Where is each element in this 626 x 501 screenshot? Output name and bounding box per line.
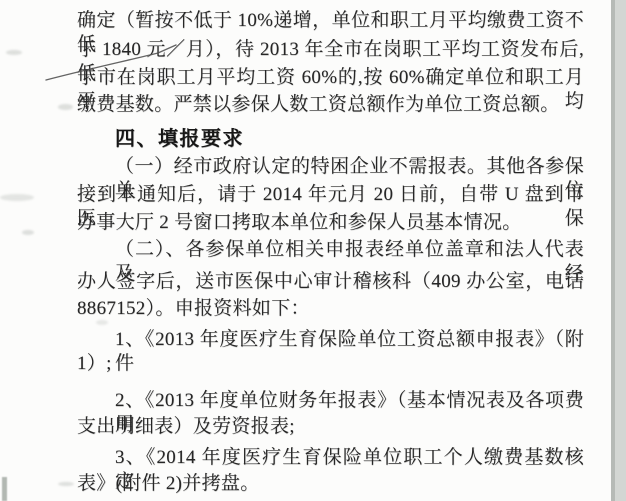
list-item-line: 1、《2013 年度医疗生育保险单位工资总额申报表》（附件	[77, 328, 584, 352]
paragraph-line: 于市在岗职工月平均工资 60%的,按 60%确定单位和职工月平均	[77, 66, 584, 90]
list-item-line: 3、《2014 年度医疗生育保险单位职工个人缴费基数核定	[77, 446, 584, 470]
scanned-document-page: 确定（暂按不低于 10%递增，单位和职工月平均缴费工资不低 于 1840 元／月…	[0, 0, 626, 501]
paragraph-line: 确定（暂按不低于 10%递增，单位和职工月平均缴费工资不低	[77, 9, 584, 33]
scan-smudge	[0, 194, 34, 201]
document-text-block: 确定（暂按不低于 10%递增，单位和职工月平均缴费工资不低 于 1840 元／月…	[77, 0, 584, 501]
section-heading: 四、填报要求	[77, 127, 584, 151]
scan-smudge	[58, 104, 73, 110]
paragraph-line: 缴费基数。严禁以参保人数工资总额作为单位工资总额。	[77, 93, 584, 117]
scan-smudge	[22, 230, 34, 235]
paragraph-line: 办人签字后，送市医保中心审计稽核科（409 办公室，电话	[77, 270, 584, 294]
scan-corner-artifact	[2, 477, 7, 501]
list-item-line: 2、《2013 年度单位财务年报表》（基本情况表及各项费用	[77, 389, 584, 413]
scan-smudge	[96, 320, 108, 325]
scan-edge-band	[615, 0, 626, 501]
list-item-line: 支出明细表）及劳资报表;	[77, 415, 584, 439]
list-item-line: 表》(附件 2)并拷盘。	[77, 472, 584, 496]
paragraph-line: （二）、各参保单位相关申报表经单位盖章和法人代表及经	[77, 238, 584, 262]
paragraph-line: 接到本通知后，请于 2014 年元月 20 日前，自带 U 盘到市医保	[77, 183, 584, 207]
paragraph-line: 办事大厅 2 号窗口拷取本单位和参保人员基本情况。	[77, 211, 584, 235]
paragraph-line: 于 1840 元／月），待 2013 年全市在岗职工平均工资发布后,低	[77, 38, 584, 62]
scan-smudge	[6, 50, 22, 55]
paragraph-line: （一）经市政府认定的特困企业不需报表。其他各参保单位	[77, 155, 584, 179]
paragraph-line: 8867152）。申报资料如下：	[77, 297, 584, 321]
scan-smudge	[58, 482, 74, 486]
list-item-line: 1）;	[77, 352, 584, 376]
